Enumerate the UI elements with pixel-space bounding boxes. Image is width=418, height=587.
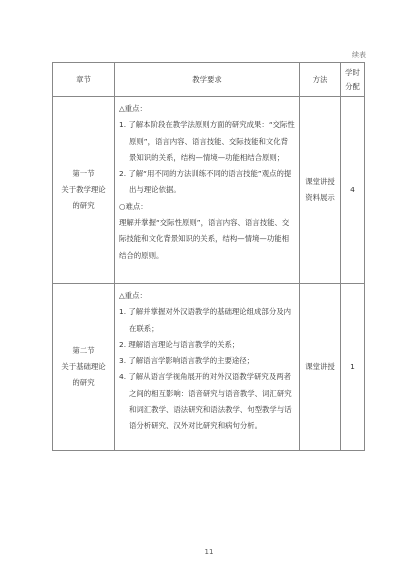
requirement-item: 1. 了解本阶段在教学法原则方面的研究成果：“交际性原则”，语言内容、语言技能、… [119,117,295,166]
header-requirements: 教学要求 [115,63,300,97]
requirement-text: 理解并掌握“交际性原则”，语言内容、语言技能、交际技能和文化背景知识的关系，结构… [119,215,295,264]
section-cell: 第二节 关于基础理论 的研究 [53,284,115,451]
table-row: 第二节 关于基础理论 的研究 △重点： 1. 了解并掌握对外汉语教学的基础理论组… [53,284,365,451]
requirement-item: 3. 了解语言学影响语言教学的主要途径； [119,353,295,369]
table-header-row: 章节 教学要求 方法 学时 分配 [53,63,365,97]
requirement-item: 2. 理解语言理论与语言教学的关系； [119,337,295,353]
header-method: 方法 [300,63,341,97]
hours-cell: 1 [341,284,365,451]
method-cell: 课堂讲授 [300,284,341,451]
header-hours: 学时 分配 [341,63,365,97]
table-row: 第一节 关于教学理论 的研究 △重点： 1. 了解本阶段在教学法原则方面的研究成… [53,97,365,284]
header-section: 章节 [53,63,115,97]
syllabus-table: 章节 教学要求 方法 学时 分配 第一节 关于教学理论 的研究 △重点： 1. … [52,62,365,451]
requirement-item: 2. 了解“用不同的方法训练不同的语言技能”观点的提出与理论依据。 [119,166,295,199]
continued-label: 续表 [352,50,366,60]
key-points-heading: △重点： [119,101,295,117]
page-number: 11 [0,548,418,556]
method-cell: 课堂讲授 资料展示 [300,97,341,284]
requirement-item: 1. 了解并掌握对外汉语教学的基础理论组成部分及内在联系； [119,304,295,337]
difficult-points-heading: ○难点： [119,199,295,215]
requirements-cell: △重点： 1. 了解并掌握对外汉语教学的基础理论组成部分及内在联系； 2. 理解… [115,284,300,451]
key-points-heading: △重点： [119,288,295,304]
requirement-item: 4. 了解从语言学视角展开的对外汉语教学研究及两者之间的相互影响：语音研究与语音… [119,369,295,434]
hours-cell: 4 [341,97,365,284]
section-cell: 第一节 关于教学理论 的研究 [53,97,115,284]
requirements-cell: △重点： 1. 了解本阶段在教学法原则方面的研究成果：“交际性原则”，语言内容、… [115,97,300,284]
